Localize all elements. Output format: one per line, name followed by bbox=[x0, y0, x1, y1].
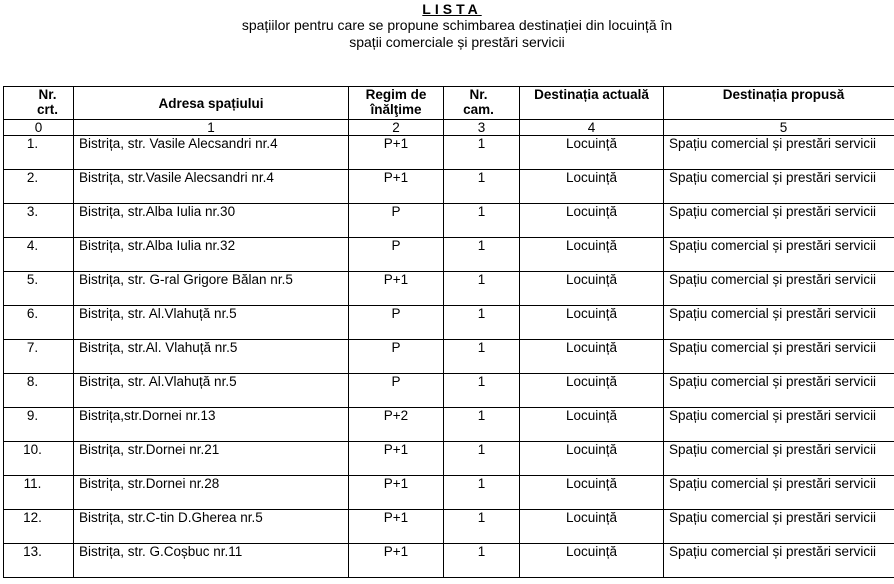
row-current-destination: Locuință bbox=[520, 408, 664, 442]
column-index: 1 bbox=[74, 120, 349, 136]
row-rooms: 1 bbox=[444, 204, 520, 238]
row-number: 1. bbox=[4, 136, 74, 170]
row-current-destination: Locuință bbox=[520, 170, 664, 204]
row-number: 6. bbox=[4, 306, 74, 340]
column-index: 4 bbox=[520, 120, 664, 136]
row-current-destination: Locuință bbox=[520, 204, 664, 238]
row-address: Bistrița, str.Vasile Alecsandri nr.4 bbox=[74, 170, 349, 204]
row-regim: P bbox=[349, 340, 444, 374]
row-proposed-destination: Spațiu comercial și prestări servicii bbox=[664, 442, 894, 476]
row-regim: P+1 bbox=[349, 170, 444, 204]
row-rooms: 1 bbox=[444, 170, 520, 204]
row-regim: P bbox=[349, 238, 444, 272]
header-nr-cam: Nr. cam. bbox=[444, 87, 520, 120]
row-proposed-destination: Spațiu comercial și prestări servicii bbox=[664, 272, 894, 306]
row-proposed-destination: Spațiu comercial și prestări servicii bbox=[664, 340, 894, 374]
row-regim: P+2 bbox=[349, 408, 444, 442]
row-address: Bistrița,str.Dornei nr.13 bbox=[74, 408, 349, 442]
row-regim: P bbox=[349, 374, 444, 408]
row-rooms: 1 bbox=[444, 374, 520, 408]
row-address: Bistrița, str. G-ral Grigore Bălan nr.5 bbox=[74, 272, 349, 306]
header-proposed-destination: Destinația propusă bbox=[664, 87, 894, 120]
row-address: Bistrița, str.Alba Iulia nr.30 bbox=[74, 204, 349, 238]
table-row: 4.Bistrița, str.Alba Iulia nr.32P1Locuin… bbox=[4, 238, 894, 272]
row-address: Bistrița, str.Dornei nr.21 bbox=[74, 442, 349, 476]
row-regim: P bbox=[349, 204, 444, 238]
row-address: Bistrița, str.C-tin D.Gherea nr.5 bbox=[74, 510, 349, 544]
row-number: 11. bbox=[4, 476, 74, 510]
row-number: 13. bbox=[4, 544, 74, 578]
column-index: 0 bbox=[4, 120, 74, 136]
row-number: 9. bbox=[4, 408, 74, 442]
table-row: 5.Bistrița, str. G-ral Grigore Bălan nr.… bbox=[4, 272, 894, 306]
document-title: LISTA bbox=[0, 1, 894, 17]
row-proposed-destination: Spațiu comercial și prestări servicii bbox=[664, 476, 894, 510]
table-row: 6.Bistrița, str. Al.Vlahuță nr.5P1Locuin… bbox=[4, 306, 894, 340]
row-regim: P+1 bbox=[349, 510, 444, 544]
table-row: 3.Bistrița, str.Alba Iulia nr.30P1Locuin… bbox=[4, 204, 894, 238]
row-number: 2. bbox=[4, 170, 74, 204]
row-number: 7. bbox=[4, 340, 74, 374]
row-address: Bistrița, str. G.Coșbuc nr.11 bbox=[74, 544, 349, 578]
row-address: Bistrița, str.Al. Vlahuță nr.5 bbox=[74, 340, 349, 374]
table-row: 7.Bistrița, str.Al. Vlahuță nr.5P1Locuin… bbox=[4, 340, 894, 374]
row-regim: P+1 bbox=[349, 476, 444, 510]
row-rooms: 1 bbox=[444, 272, 520, 306]
table-row: 9.Bistrița,str.Dornei nr.13P+21LocuințăS… bbox=[4, 408, 894, 442]
row-proposed-destination: Spațiu comercial și prestări servicii bbox=[664, 544, 894, 578]
row-current-destination: Locuință bbox=[520, 238, 664, 272]
row-proposed-destination: Spațiu comercial și prestări servicii bbox=[664, 170, 894, 204]
row-address: Bistrița, str. Al.Vlahuță nr.5 bbox=[74, 374, 349, 408]
row-proposed-destination: Spațiu comercial și prestări servicii bbox=[664, 510, 894, 544]
row-address: Bistrița, str. Vasile Alecsandri nr.4 bbox=[74, 136, 349, 170]
row-proposed-destination: Spațiu comercial și prestări servicii bbox=[664, 306, 894, 340]
row-rooms: 1 bbox=[444, 442, 520, 476]
row-current-destination: Locuință bbox=[520, 306, 664, 340]
column-index: 5 bbox=[664, 120, 894, 136]
row-regim: P+1 bbox=[349, 544, 444, 578]
row-number: 12. bbox=[4, 510, 74, 544]
row-address: Bistrița, str.Dornei nr.28 bbox=[74, 476, 349, 510]
table-row: 1.Bistrița, str. Vasile Alecsandri nr.4P… bbox=[4, 136, 894, 170]
document-subtitle: spațiilor pentru care se propune schimba… bbox=[0, 17, 894, 51]
header-nr-crt: Nr. crt. bbox=[4, 87, 74, 120]
subtitle-line-2: spații comerciale și prestări servicii bbox=[0, 34, 894, 51]
row-rooms: 1 bbox=[444, 238, 520, 272]
row-current-destination: Locuință bbox=[520, 340, 664, 374]
row-regim: P+1 bbox=[349, 136, 444, 170]
row-current-destination: Locuință bbox=[520, 510, 664, 544]
row-number: 4. bbox=[4, 238, 74, 272]
column-index: 3 bbox=[444, 120, 520, 136]
row-rooms: 1 bbox=[444, 408, 520, 442]
row-address: Bistrița, str.Alba Iulia nr.32 bbox=[74, 238, 349, 272]
table-row: 8.Bistrița, str. Al.Vlahuță nr.5P1Locuin… bbox=[4, 374, 894, 408]
row-number: 10. bbox=[4, 442, 74, 476]
row-current-destination: Locuință bbox=[520, 136, 664, 170]
row-rooms: 1 bbox=[444, 476, 520, 510]
row-current-destination: Locuință bbox=[520, 374, 664, 408]
row-number: 3. bbox=[4, 204, 74, 238]
row-rooms: 1 bbox=[444, 510, 520, 544]
row-rooms: 1 bbox=[444, 136, 520, 170]
table-row: 11.Bistrița, str.Dornei nr.28P+11Locuinț… bbox=[4, 476, 894, 510]
row-proposed-destination: Spațiu comercial și prestări servicii bbox=[664, 238, 894, 272]
header-address: Adresa spațiului bbox=[74, 87, 349, 120]
header-current-destination: Destinația actuală bbox=[520, 87, 664, 120]
row-regim: P+1 bbox=[349, 272, 444, 306]
row-current-destination: Locuință bbox=[520, 544, 664, 578]
row-current-destination: Locuință bbox=[520, 442, 664, 476]
row-regim: P bbox=[349, 306, 444, 340]
row-address: Bistrița, str. Al.Vlahuță nr.5 bbox=[74, 306, 349, 340]
table-row: 12.Bistrița, str.C-tin D.Gherea nr.5P+11… bbox=[4, 510, 894, 544]
row-proposed-destination: Spațiu comercial și prestări servicii bbox=[664, 136, 894, 170]
row-proposed-destination: Spațiu comercial și prestări servicii bbox=[664, 204, 894, 238]
table-row: 10.Bistrița, str.Dornei nr.21P+11Locuinț… bbox=[4, 442, 894, 476]
table-header-row: Nr. crt. Adresa spațiului Regim de înălţ… bbox=[4, 87, 894, 120]
row-proposed-destination: Spațiu comercial și prestări servicii bbox=[664, 408, 894, 442]
row-regim: P+1 bbox=[349, 442, 444, 476]
header-regim: Regim de înălţime bbox=[349, 87, 444, 120]
subtitle-line-1: spațiilor pentru care se propune schimba… bbox=[0, 17, 894, 34]
row-number: 5. bbox=[4, 272, 74, 306]
row-rooms: 1 bbox=[444, 544, 520, 578]
column-index-row: 0 1 2 3 4 5 bbox=[4, 120, 894, 136]
row-current-destination: Locuință bbox=[520, 476, 664, 510]
spaces-table: Nr. crt. Adresa spațiului Regim de înălţ… bbox=[3, 86, 894, 578]
table-row: 2.Bistrița, str.Vasile Alecsandri nr.4P+… bbox=[4, 170, 894, 204]
row-number: 8. bbox=[4, 374, 74, 408]
row-proposed-destination: Spațiu comercial și prestări servicii bbox=[664, 374, 894, 408]
column-index: 2 bbox=[349, 120, 444, 136]
row-rooms: 1 bbox=[444, 306, 520, 340]
row-rooms: 1 bbox=[444, 340, 520, 374]
table-row: 13.Bistrița, str. G.Coșbuc nr.11P+11Locu… bbox=[4, 544, 894, 578]
row-current-destination: Locuință bbox=[520, 272, 664, 306]
